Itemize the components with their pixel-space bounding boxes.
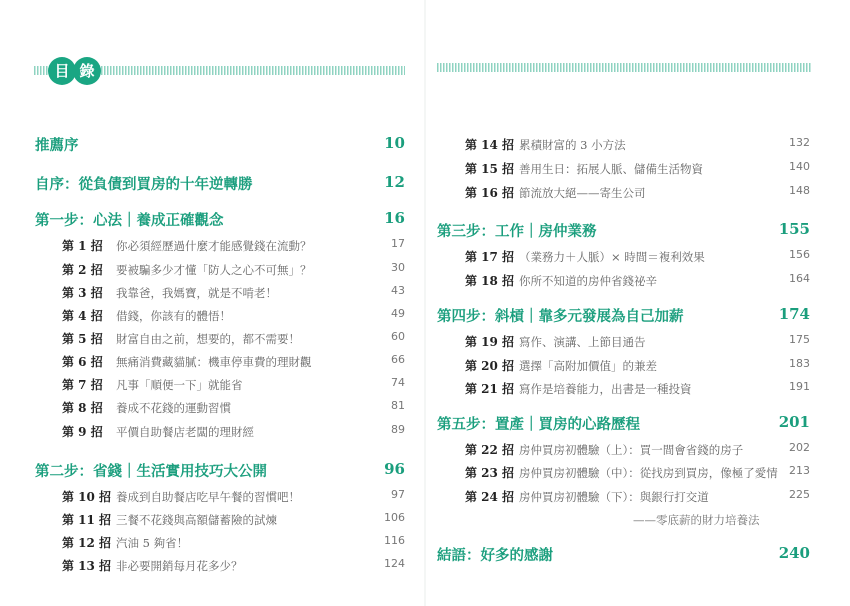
page-number: 16 [384, 209, 405, 227]
page-number: 60 [391, 330, 405, 343]
header-tick-rule-left [34, 66, 48, 75]
title-badge-1: 目 [48, 57, 76, 85]
item-number: 第 19 招 [465, 333, 519, 350]
page-number: 183 [789, 357, 810, 370]
page-number: 81 [391, 399, 405, 412]
item-number: 第 17 招 [465, 248, 519, 265]
section-title: 推薦序 [35, 134, 79, 155]
page-number: 96 [384, 460, 405, 478]
item-number: 第 11 招 [62, 511, 116, 528]
section-title: 第五步：置產｜買房的心路歷程 [437, 413, 640, 434]
header-tick-rule-right [437, 63, 812, 72]
toc-item[interactable]: 第 2 招 要被騙多少才懂「防人之心不可無」？ 30 [62, 261, 405, 278]
item-title: 寫作是培養能力，出書是一種投資 [519, 381, 692, 397]
toc-item[interactable]: 第 1 招 你必須經歷過什麼才能感覺錢在流動？ 17 [62, 237, 405, 254]
item-number: 第 22 招 [465, 441, 519, 458]
header-tick-rule [101, 66, 405, 75]
item-title: 你必須經歷過什麼才能感覺錢在流動？ [116, 238, 312, 254]
item-number: 第 12 招 [62, 534, 116, 551]
page-number: 140 [789, 160, 810, 173]
item-title: 借錢，你該有的體悟！ [116, 308, 231, 324]
page-number: 155 [779, 220, 810, 238]
toc-section[interactable]: 第三步：工作｜房仲業務 155 [437, 220, 810, 241]
page-number: 17 [391, 237, 405, 250]
page-number: 201 [779, 413, 810, 431]
item-number: 第 8 招 [62, 399, 116, 416]
toc-item[interactable]: 第 23 招 房仲買房初體驗（中）：從找房到買房，像極了愛情 213 [465, 464, 810, 481]
item-title: 房仲買房初體驗（下）：與銀行打交道 [519, 489, 709, 505]
item-number: 第 20 招 [465, 357, 519, 374]
toc-item[interactable]: 第 16 招 節流放大絕——寄生公司 148 [465, 184, 810, 201]
item-title: 你所不知道的房仲省錢祕辛 [519, 273, 657, 289]
item-title: 累積財富的 3 小方法 [519, 137, 626, 153]
page-number: 106 [384, 511, 405, 524]
item-number: 第 14 招 [465, 136, 519, 153]
item-title: 要被騙多少才懂「防人之心不可無」？ [116, 262, 312, 278]
page-number: 164 [789, 272, 810, 285]
toc-item[interactable]: 第 9 招 平價自助餐店老闆的理財經 89 [62, 423, 405, 440]
item-number: 第 18 招 [465, 272, 519, 289]
page-number: 97 [391, 488, 405, 501]
page-number: 240 [779, 544, 810, 562]
toc-item[interactable]: 第 8 招 養成不花錢的運動習慣 81 [62, 399, 405, 416]
toc-item[interactable]: 第 22 招 房仲買房初體驗（上）：買一間會省錢的房子 202 [465, 441, 810, 458]
page-number: 132 [789, 136, 810, 149]
section-title: 結語：好多的感謝 [437, 544, 553, 565]
toc-item[interactable]: 第 7 招 凡事「順便一下」就能省 74 [62, 376, 405, 393]
toc-item[interactable]: 第 10 招 養成到自助餐店吃早午餐的習慣吧！ 97 [62, 488, 405, 505]
toc-section[interactable]: 結語：好多的感謝 240 [437, 544, 810, 565]
toc-item[interactable]: 第 20 招 選擇「高附加價值」的兼差 183 [465, 357, 810, 374]
page-number: 12 [384, 173, 405, 191]
page-number: 175 [789, 333, 810, 346]
item-number: 第 7 招 [62, 376, 116, 393]
item-number: 第 24 招 [465, 488, 519, 505]
page-number: 156 [789, 248, 810, 261]
item-title: 房仲買房初體驗（上）：買一間會省錢的房子 [519, 442, 743, 458]
page-number: 174 [779, 305, 810, 323]
item-title: 無痛消費藏貓膩：機車停車費的理財觀 [116, 354, 312, 370]
item-title: 我靠爸，我媽寶，就是不啃老！ [116, 285, 277, 301]
item-number: 第 23 招 [465, 464, 519, 481]
toc-item[interactable]: 第 21 招 寫作是培養能力，出書是一種投資 191 [465, 380, 810, 397]
item-title: 凡事「順便一下」就能省 [116, 377, 243, 393]
toc-item[interactable]: 第 15 招 善用生日：拓展人脈、儲備生活物資 140 [465, 160, 810, 177]
right-page: 第 14 招 累積財富的 3 小方法 132 第 15 招 善用生日：拓展人脈、… [425, 0, 850, 606]
toc-item[interactable]: 第 14 招 累積財富的 3 小方法 132 [465, 136, 810, 153]
item-number: 第 1 招 [62, 237, 116, 254]
toc-section[interactable]: 第二步：省錢｜生活實用技巧大公開 96 [35, 460, 405, 481]
page-number: 49 [391, 307, 405, 320]
toc-item[interactable]: 第 4 招 借錢，你該有的體悟！ 49 [62, 307, 405, 324]
toc-item[interactable]: 第 12 招 汽油 5 夠省！ 116 [62, 534, 405, 551]
item-title: 三餐不花錢與高額儲蓄險的試煉 [116, 512, 277, 528]
section-title: 第四步：斜槓｜靠多元發展為自己加薪 [437, 305, 684, 326]
page-number: 124 [384, 557, 405, 570]
page-number: 191 [789, 380, 810, 393]
item-number: 第 10 招 [62, 488, 116, 505]
item-subtitle: ——零底薪的財力培養法 [633, 512, 760, 528]
page-number: 148 [789, 184, 810, 197]
item-title: 養成不花錢的運動習慣 [116, 400, 231, 416]
toc-item[interactable]: 第 19 招 寫作、演講、上節目通告 175 [465, 333, 810, 350]
toc-item[interactable]: 第 5 招 財富自由之前，想要的，都不需要！ 60 [62, 330, 405, 347]
toc-item[interactable]: 第 24 招 房仲買房初體驗（下）：與銀行打交道 225 [465, 488, 810, 505]
item-number: 第 16 招 [465, 184, 519, 201]
item-title: 節流放大絕——寄生公司 [519, 185, 646, 201]
section-title: 第三步：工作｜房仲業務 [437, 220, 597, 241]
item-title: 養成到自助餐店吃早午餐的習慣吧！ [116, 489, 300, 505]
section-title: 自序：從負債到買房的十年逆轉勝 [35, 173, 253, 194]
toc-section[interactable]: 第五步：置產｜買房的心路歷程 201 [437, 413, 810, 434]
item-number: 第 4 招 [62, 307, 116, 324]
toc-item[interactable]: 第 13 招 非必要開銷每月花多少？ 124 [62, 557, 405, 574]
toc-item[interactable]: 第 11 招 三餐不花錢與高額儲蓄險的試煉 106 [62, 511, 405, 528]
item-title: 寫作、演講、上節目通告 [519, 334, 646, 350]
toc-section[interactable]: 自序：從負債到買房的十年逆轉勝 12 [35, 173, 405, 194]
item-number: 第 2 招 [62, 261, 116, 278]
page-number: 89 [391, 423, 405, 436]
page-number: 10 [384, 134, 405, 152]
item-title: 房仲買房初體驗（中）：從找房到買房，像極了愛情 [519, 465, 778, 481]
page-number: 202 [789, 441, 810, 454]
page-number: 30 [391, 261, 405, 274]
toc-section[interactable]: 第一步：心法｜養成正確觀念 16 [35, 209, 405, 230]
left-page: 目 錄 推薦序 10 自序：從負債到買房的十年逆轉勝 12 第一步：心法｜養成正… [0, 0, 425, 606]
page-number: 225 [789, 488, 810, 501]
item-title: 財富自由之前，想要的，都不需要！ [116, 331, 300, 347]
page-number: 66 [391, 353, 405, 366]
section-title: 第二步：省錢｜生活實用技巧大公開 [35, 460, 267, 481]
section-title: 第一步：心法｜養成正確觀念 [35, 209, 224, 230]
page-number: 74 [391, 376, 405, 389]
item-number: 第 5 招 [62, 330, 116, 347]
item-number: 第 21 招 [465, 380, 519, 397]
title-badge-2: 錄 [73, 57, 101, 85]
item-number: 第 13 招 [62, 557, 116, 574]
item-number: 第 9 招 [62, 423, 116, 440]
toc-section[interactable]: 第四步：斜槓｜靠多元發展為自己加薪 174 [437, 305, 810, 326]
item-title: 非必要開銷每月花多少？ [116, 558, 243, 574]
toc-item[interactable]: 第 17 招 （業務力＋人脈）× 時間＝複利效果 156 [465, 248, 810, 265]
item-title: 善用生日：拓展人脈、儲備生活物資 [519, 161, 703, 177]
page-number: 116 [384, 534, 405, 547]
item-title: 汽油 5 夠省！ [116, 535, 188, 551]
item-title: （業務力＋人脈）× 時間＝複利效果 [519, 249, 705, 265]
item-title: 選擇「高附加價值」的兼差 [519, 358, 657, 374]
toc-item[interactable]: 第 18 招 你所不知道的房仲省錢祕辛 164 [465, 272, 810, 289]
page-number: 213 [789, 464, 810, 477]
item-number: 第 15 招 [465, 160, 519, 177]
page-number: 43 [391, 284, 405, 297]
toc-item[interactable]: 第 6 招 無痛消費藏貓膩：機車停車費的理財觀 66 [62, 353, 405, 370]
toc-item[interactable]: 第 3 招 我靠爸，我媽寶，就是不啃老！ 43 [62, 284, 405, 301]
item-number: 第 3 招 [62, 284, 116, 301]
item-number: 第 6 招 [62, 353, 116, 370]
toc-section[interactable]: 推薦序 10 [35, 134, 405, 155]
item-title: 平價自助餐店老闆的理財經 [116, 424, 254, 440]
